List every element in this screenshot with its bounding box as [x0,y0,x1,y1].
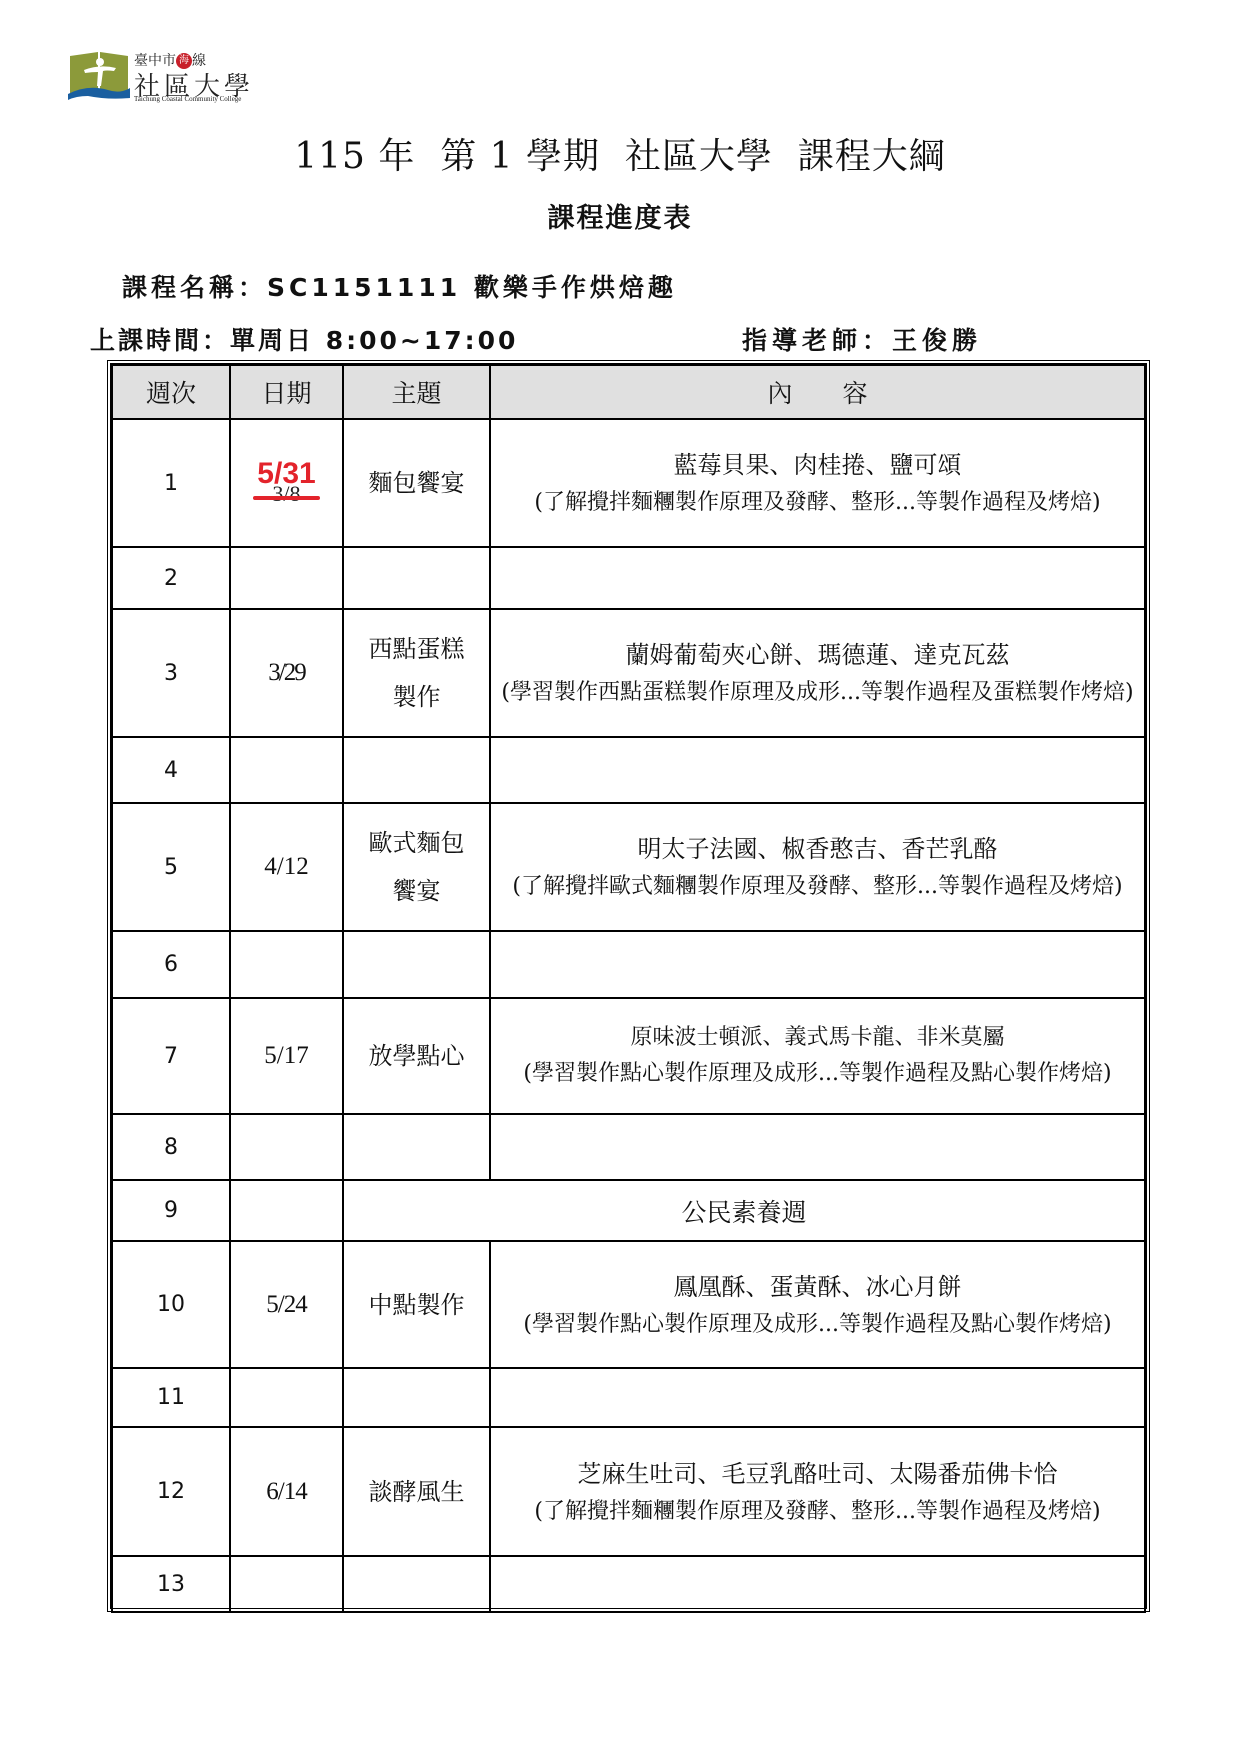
revised-date: 5/31 3/8 [257,459,315,505]
topic-cell: 放學點心 [343,998,490,1114]
content-cell: 芝麻生吐司、毛豆乳酪吐司、太陽番茄佛卡恰 (了解攪拌麵糰製作原理及發酵、整形..… [490,1427,1145,1556]
content-description: (學習製作點心製作原理及成形...等製作過程及點心製作烤焙) [491,1056,1144,1092]
content-items: 蘭姆葡萄夾心餅、瑪德蓮、達克瓦茲 [491,635,1144,675]
week-cell: 12 [112,1427,230,1556]
week-cell: 10 [112,1241,230,1368]
table-row: 13 [112,1556,1145,1612]
book-figure-icon [68,50,130,100]
week-cell: 8 [112,1114,230,1180]
date-cell: 5/31 3/8 [230,419,343,547]
content-items: 原味波士頓派、義式馬卡龍、非米莫屬 [491,1020,1144,1056]
table-row: 1 5/31 3/8 麵包饗宴 藍莓貝果、肉桂捲、鹽可頌 (了解攪拌麵糰製作原理… [112,419,1145,547]
table-row: 10 5/24 中點製作 鳳凰酥、蛋黃酥、冰心月餅 (學習製作點心製作原理及成形… [112,1241,1145,1368]
date-cell [230,1114,343,1180]
content-description: (學習製作西點蛋糕製作原理及成形...等製作過程及蛋糕製作烤焙) [491,675,1144,711]
content-items: 明太子法國、椒香憨吉、香芒乳酪 [491,829,1144,869]
content-cell [490,1556,1145,1612]
topic-cell [343,931,490,998]
logo-english-name: Taichung Coastal Community College [134,95,241,103]
class-time: 上課時間：單周日 8:00~17:00 [90,321,518,357]
table-row: 4 [112,737,1145,803]
date-cell [230,1180,343,1241]
date-cell: 5/24 [230,1241,343,1368]
civic-week-cell: 公民素養週 [343,1180,1145,1241]
table-row: 9 公民素養週 [112,1180,1145,1241]
header-date: 日期 [230,365,343,419]
topic-cell [343,547,490,609]
week-cell: 7 [112,998,230,1114]
table-row: 2 [112,547,1145,609]
date-cell [230,1368,343,1427]
content-cell [490,737,1145,803]
table-header-row: 週次 日期 主題 內 容 [112,365,1145,419]
week-cell: 9 [112,1180,230,1241]
page-subtitle: 課程進度表 [0,196,1240,235]
topic-cell [343,1556,490,1612]
topic-cell: 中點製作 [343,1241,490,1368]
page-title: 115 年 第 1 學期 社區大學 課程大綱 [0,128,1240,179]
content-description: (了解攪拌歐式麵糰製作原理及發酵、整形...等製作過程及烤焙) [491,869,1144,905]
content-items: 鳳凰酥、蛋黃酥、冰心月餅 [491,1267,1144,1307]
table-row: 7 5/17 放學點心 原味波士頓派、義式馬卡龍、非米莫屬 (學習製作點心製作原… [112,998,1145,1114]
topic-cell: 談酵風生 [343,1427,490,1556]
content-cell [490,1114,1145,1180]
week-cell: 6 [112,931,230,998]
content-cell [490,547,1145,609]
week-cell: 4 [112,737,230,803]
week-cell: 13 [112,1556,230,1612]
table-row: 12 6/14 談酵風生 芝麻生吐司、毛豆乳酪吐司、太陽番茄佛卡恰 (了解攪拌麵… [112,1427,1145,1556]
content-cell [490,1368,1145,1427]
content-items: 藍莓貝果、肉桂捲、鹽可頌 [491,445,1144,485]
table-row: 6 [112,931,1145,998]
content-cell: 蘭姆葡萄夾心餅、瑪德蓮、達克瓦茲 (學習製作西點蛋糕製作原理及成形...等製作過… [490,609,1145,737]
date-cell [230,547,343,609]
content-cell: 原味波士頓派、義式馬卡龍、非米莫屬 (學習製作點心製作原理及成形...等製作過程… [490,998,1145,1114]
date-cell [230,737,343,803]
topic-cell: 麵包饗宴 [343,419,490,547]
strikethrough-line [253,496,319,500]
table-row: 11 [112,1368,1145,1427]
topic-cell [343,737,490,803]
topic-cell [343,1368,490,1427]
table-row: 5 4/12 歐式麵包饗宴 明太子法國、椒香憨吉、香芒乳酪 (了解攪拌歐式麵糰製… [112,803,1145,931]
schedule-table: 週次 日期 主題 內 容 1 5/31 3/8 麵包饗宴 藍莓貝果、肉桂捲、鹽可… [107,360,1150,1612]
content-items: 芝麻生吐司、毛豆乳酪吐司、太陽番茄佛卡恰 [491,1454,1144,1494]
header-content: 內 容 [490,365,1145,419]
date-cell [230,1556,343,1612]
content-cell: 明太子法國、椒香憨吉、香芒乳酪 (了解攪拌歐式麵糰製作原理及發酵、整形...等製… [490,803,1145,931]
content-cell: 藍莓貝果、肉桂捲、鹽可頌 (了解攪拌麵糰製作原理及發酵、整形...等製作過程及烤… [490,419,1145,547]
content-cell [490,931,1145,998]
topic-cell [343,1114,490,1180]
content-description: (學習製作點心製作原理及成形...等製作過程及點心製作烤焙) [491,1307,1144,1343]
table-row: 3 3/29 西點蛋糕製作 蘭姆葡萄夾心餅、瑪德蓮、達克瓦茲 (學習製作西點蛋糕… [112,609,1145,737]
date-cell: 4/12 [230,803,343,931]
date-cell: 5/17 [230,998,343,1114]
week-cell: 2 [112,547,230,609]
content-cell: 鳳凰酥、蛋黃酥、冰心月餅 (學習製作點心製作原理及成形...等製作過程及點心製作… [490,1241,1145,1368]
college-logo: 臺中市海線 社區大學 Taichung Coastal Community Co… [68,44,278,106]
topic-cell: 西點蛋糕製作 [343,609,490,737]
week-cell: 11 [112,1368,230,1427]
header-week: 週次 [112,365,230,419]
teacher-name: 指導老師：王俊勝 [742,321,982,357]
week-cell: 3 [112,609,230,737]
week-cell: 5 [112,803,230,931]
date-cell: 3/29 [230,609,343,737]
date-cell: 6/14 [230,1427,343,1556]
table-row: 8 [112,1114,1145,1180]
content-description: (了解攪拌麵糰製作原理及發酵、整形...等製作過程及烤焙) [491,485,1144,521]
course-name: 課程名稱：SC1151111 歡樂手作烘焙趣 [122,268,677,304]
topic-cell: 歐式麵包饗宴 [343,803,490,931]
content-description: (了解攪拌麵糰製作原理及發酵、整形...等製作過程及烤焙) [491,1494,1144,1530]
week-cell: 1 [112,419,230,547]
date-cell [230,931,343,998]
header-topic: 主題 [343,365,490,419]
